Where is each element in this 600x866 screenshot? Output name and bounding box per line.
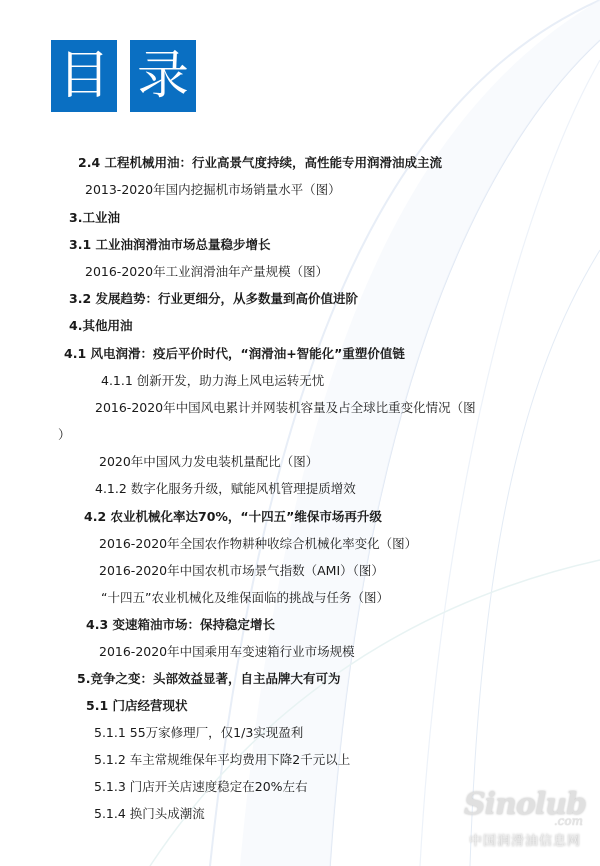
toc-item: “十四五”农业机械化及维保面临的挑战与任务（图）	[101, 590, 389, 606]
toc-heading: 5.1 门店经营现状	[86, 698, 188, 714]
toc-heading: 4.3 变速箱油市场：保持稳定增长	[86, 617, 275, 633]
toc-item: 2016-2020年中国农机市场景气指数（AMI）（图）	[99, 563, 384, 579]
toc-item: 4.1.2 数字化服务升级，赋能风机管理提质增效	[95, 481, 356, 497]
toc-heading: 4.其他用油	[69, 318, 132, 334]
toc-item: 2013-2020年国内挖掘机市场销量水平（图）	[85, 182, 341, 198]
toc-item: 2016-2020年工业润滑油年产量规模（图）	[85, 264, 328, 280]
toc-item: 5.1.1 55万家修理厂，仅1/3实现盈利	[94, 725, 303, 741]
toc-heading: 2.4 工程机械用油：行业高景气度持续，高性能专用润滑油成主流	[78, 155, 442, 171]
toc-item: 5.1.2 车主常规维保年平均费用下降2千元以上	[94, 752, 350, 768]
toc-item: 2016-2020年全国农作物耕种收综合机械化率变化（图）	[99, 536, 417, 552]
toc-item: ）	[58, 427, 71, 443]
toc-heading: 5.竞争之变：头部效益显著，自主品牌大有可为	[77, 671, 340, 687]
toc-item: 5.1.4 换门头成潮流	[94, 806, 205, 822]
title-char-mu: 目	[51, 40, 117, 112]
toc-heading: 4.2 农业机械化率达70%，“十四五”维保市场再升级	[84, 509, 382, 525]
toc-heading: 3.工业油	[69, 210, 120, 226]
toc-item: 2016-2020年中国风电累计并网装机容量及占全球比重变化情况（图	[95, 400, 476, 416]
toc-heading: 4.1 风电润滑：疫后平价时代，“润滑油+智能化”重塑价值链	[64, 346, 405, 362]
toc-item: 2016-2020年中国乘用车变速箱行业市场规模	[99, 644, 355, 660]
toc-item: 4.1.1 创新开发，助力海上风电运转无忧	[101, 373, 324, 389]
toc-heading: 3.2 发展趋势：行业更细分，从多数量到高价值进阶	[69, 291, 358, 307]
watermark-site-name: 中国润滑油信息网	[455, 830, 595, 849]
toc-item: 2020年中国风力发电装机量配比（图）	[99, 454, 318, 470]
toc-item: 5.1.3 门店开关店速度稳定在20%左右	[94, 779, 308, 795]
toc-heading: 3.1 工业油润滑油市场总量稳步增长	[69, 237, 271, 253]
title-char-lu: 录	[130, 40, 196, 112]
sinolub-watermark: Sinolub .com 中国润滑油信息网	[455, 790, 595, 860]
